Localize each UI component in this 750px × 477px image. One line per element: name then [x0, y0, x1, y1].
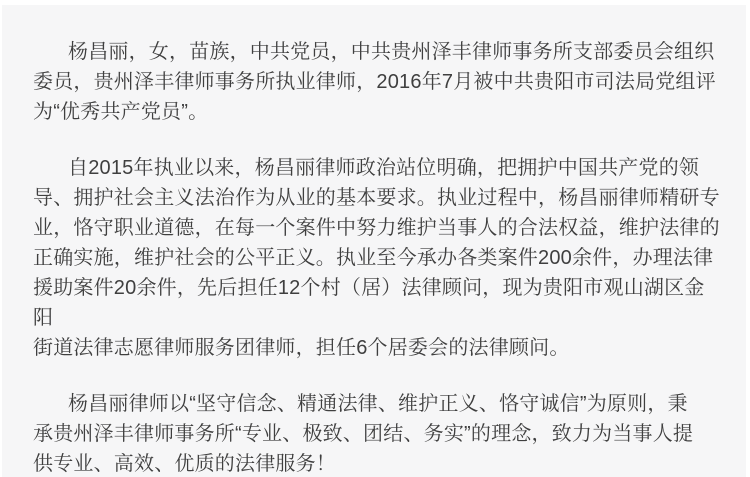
content-panel: 杨昌丽，女，苗族，中共党员，中共贵州泽丰律师事务所支部委员会组织 委员，贵州泽丰… — [2, 5, 746, 477]
article-body: 杨昌丽，女，苗族，中共党员，中共贵州泽丰律师事务所支部委员会组织 委员，贵州泽丰… — [2, 5, 746, 477]
paragraph-practice-record: 自2015年执业以来，杨昌丽律师政治站位明确，把拥护中国共产党的领 导、拥护社会… — [33, 153, 720, 363]
paragraph-principles: 杨昌丽律师以“坚守信念、精通法律、维护正义、恪守诚信”为原则，秉 承贵州泽丰律师… — [33, 389, 720, 477]
paragraph-intro: 杨昌丽，女，苗族，中共党员，中共贵州泽丰律师事务所支部委员会组织 委员，贵州泽丰… — [33, 37, 720, 127]
page: { "page": { "background_color": "#ffffff… — [0, 0, 750, 477]
